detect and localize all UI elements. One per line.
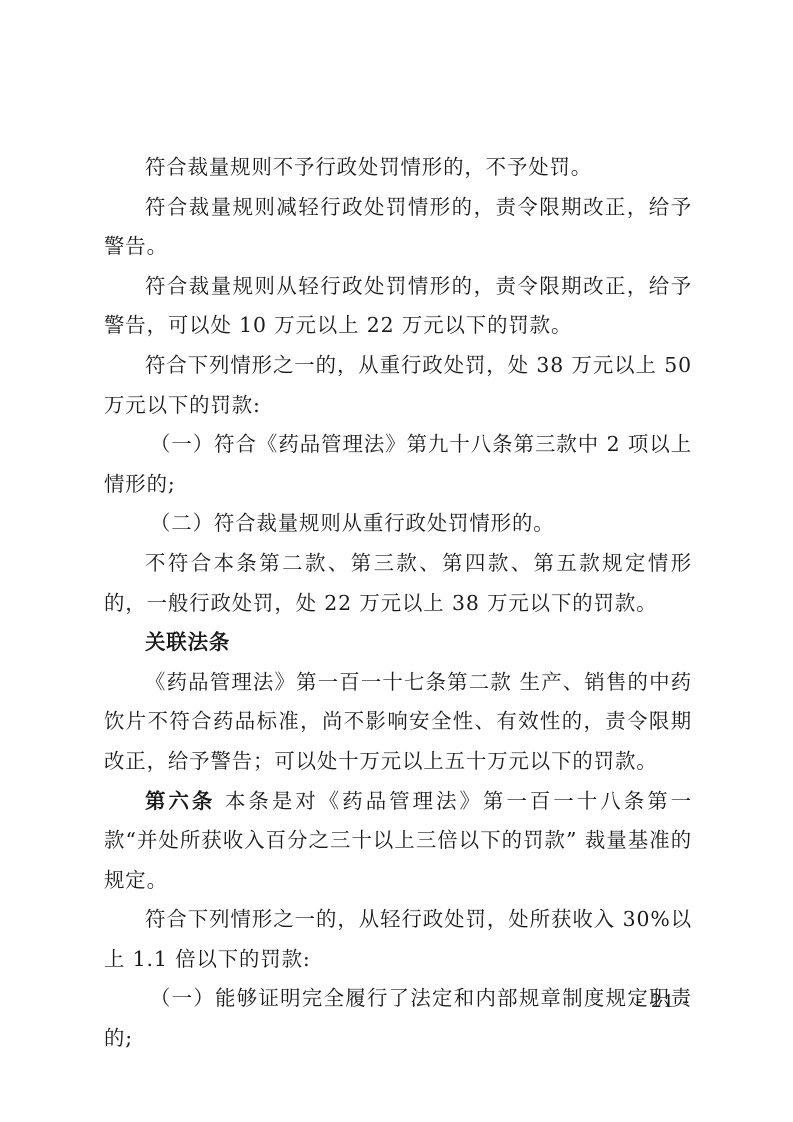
section-heading-related-law: 关联法条 [104,623,692,663]
page-number: - 21 - [636,990,691,1013]
paragraph-related-law: 《药品管理法》第一百一十七条第二款 生产、销售的中药饮片不符合药品标准，尚不影响… [104,663,692,782]
list-item-heavier-2: （二）符合裁量规则从重行政处罚情形的。 [104,504,692,544]
paragraph-article-six: 第六条 本条是对《药品管理法》第一百一十八条第一款“并处所获收入百分之三十以上三… [104,782,692,901]
paragraph-article-six-lighter: 符合下列情形之一的，从轻行政处罚，处所获收入 30%以上 1.1 倍以下的罚款: [104,900,692,979]
paragraph-no-penalty: 符合裁量规则不予行政处罚情形的，不予处罚。 [104,148,692,188]
article-label: 第六条 [145,789,215,813]
paragraph-heavier-penalty: 符合下列情形之一的，从重行政处罚，处 38 万元以上 50 万元以下的罚款: [104,346,692,425]
document-page: 符合裁量规则不予行政处罚情形的，不予处罚。 符合裁量规则减轻行政处罚情形的，责令… [104,148,692,1059]
list-item-article-six-1: （一）能够证明完全履行了法定和内部规章制度规定职责的; [104,979,692,1058]
paragraph-mitigated-penalty: 符合裁量规则减轻行政处罚情形的，责令限期改正，给予警告。 [104,188,692,267]
paragraph-general-penalty: 不符合本条第二款、第三款、第四款、第五款规定情形的，一般行政处罚，处 22 万元… [104,544,692,623]
list-item-heavier-1: （一）符合《药品管理法》第九十八条第三款中 2 项以上情形的; [104,425,692,504]
paragraph-lighter-penalty: 符合裁量规则从轻行政处罚情形的，责令限期改正，给予警告，可以处 10 万元以上 … [104,267,692,346]
